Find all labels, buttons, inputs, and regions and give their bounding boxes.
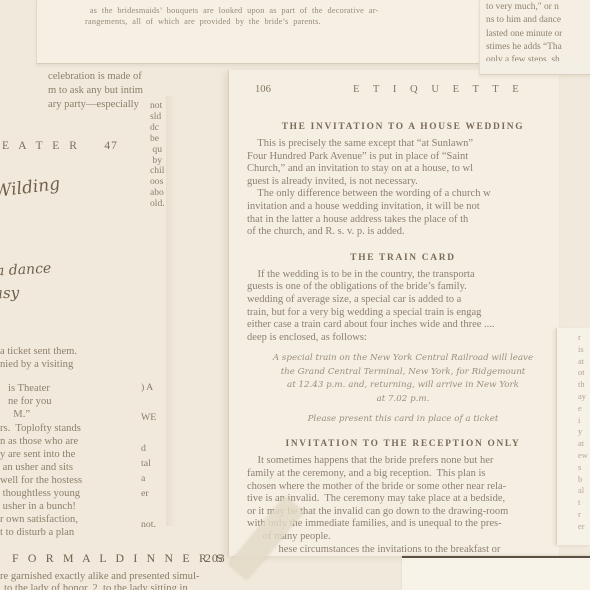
text-line: chosen where the mother of the bride or … [247,481,559,494]
text-line: thoughtless young [0,487,82,500]
text-line: n as those who are [0,435,82,448]
text-line: guest is already invited, is not necessa… [247,176,559,189]
text-line: either case a train card about four inch… [247,319,559,332]
formal-dinners-title: F O R M A L D I N N E R S [12,551,226,565]
top-fragment-text: as the bridesmaids’ bouquets are looked … [85,5,477,27]
text-line: ne for you [8,395,52,408]
text-line: hese circumstances the invitations to th… [247,544,559,557]
theater-paragraph: is Theaterne for you M.” [8,382,52,421]
right-torn-strip: risatotthayeiyatewsbaltrer [556,328,590,545]
etiquette-page: 106 E T I Q U E T T E THE INVITATION TO … [228,70,559,556]
formal-dinners-line1: re garnished exactly alike and presented… [0,571,199,582]
house-wedding-heading: THE INVITATION TO A HOUSE WEDDING [247,122,559,132]
formal-dinners-page-number: 203 [205,551,226,566]
theater-running-head: E A T E R47 [2,140,118,152]
torn-edge-shadow [166,96,176,526]
text-line: If the wedding is to be in the country, … [247,269,559,282]
text-line: Four Hundred Park Avenue” is put in plac… [247,151,559,164]
text-line: celebration is made of [48,70,178,84]
ticket-paragraph: a ticket sent them.nied by a visiting [0,345,77,371]
text-line: to very much," or n [486,1,562,14]
house-wedding-para2: The only difference between the wording … [247,188,559,238]
theater-page: E A T E R47 Wilding a dance asy a ticket… [0,128,168,540]
text-line: the Grand Central Terminal, New York, fo… [247,366,559,379]
reception-heading: INVITATION TO THE RECEPTION ONLY [247,439,559,449]
text-line: stimes he adds “Tha [486,41,562,54]
text-line: th [578,379,588,391]
bottom-right-page [402,556,590,590]
text-line: is Theater [8,382,52,395]
text-line: b [578,474,588,486]
text-line: is [578,344,588,356]
text-line: of the church, and R. s. v. p. is added. [247,226,559,239]
text-line: r [578,509,588,521]
formal-dinners-head: F O R M A L D I N N E R S 203 [12,551,226,566]
text-line: This is precisely the same except that “… [247,138,559,151]
toplofty-paragraph: rs. Toplofty standsn as those who arey a… [0,422,82,539]
handwriting-dance: a dance [0,261,52,280]
text-line: that in the latter a house address takes… [247,214,559,227]
text-line: well for the hostess [0,474,82,487]
text-line: er [578,521,588,533]
text-line: M.” [8,408,52,421]
etiquette-page-number: 106 [255,84,271,95]
text-line: s [578,462,588,474]
text-line: r [578,332,588,344]
theater-head-text: E A T E R [2,140,80,152]
train-card-lines: A special train on the New York Central … [247,352,559,406]
house-wedding-para1: This is precisely the same except that “… [247,138,559,188]
text-line: It sometimes happens that the bride pref… [247,455,559,468]
text-line: t [578,497,588,509]
right-strip-letters: risatotthayeiyatewsbaltrer [578,332,588,533]
text-line: r own satisfaction, [0,513,82,526]
text-line: deep is enclosed, as follows: [247,332,559,345]
text-line: e [578,403,588,415]
text-line: t to disturb a plan [0,526,82,539]
top-right-page-fragment: to very much," or nns to him and dancela… [479,0,590,75]
train-card-invitation: A special train on the New York Central … [247,352,559,426]
text-line: as the bridesmaids’ bouquets are looked … [85,5,477,16]
text-line: at [578,438,588,450]
handwriting-asy: asy [0,284,19,303]
text-line: The only difference between the wording … [247,188,559,201]
text-line: of many people. [247,531,559,544]
text-line: ay [578,391,588,403]
text-line: guests is one of the obligations of the … [247,281,559,294]
text-line: rs. Toplofty stands [0,422,82,435]
text-line: rangements, all of which are provided by… [85,16,477,27]
text-line: a ticket sent them. [0,345,77,358]
text-line: i [578,415,588,427]
train-card-para: If the wedding is to be in the country, … [247,269,559,345]
train-card-heading: THE TRAIN CARD [247,253,559,263]
text-line: al [578,485,588,497]
text-line: nied by a visiting [0,358,77,371]
text-line: usher in a bunch! [0,500,82,513]
text-line: train, but for a very big wedding a spec… [247,307,559,320]
text-line: invitation and a house wedding invitatio… [247,201,559,214]
text-line: y are sent into the [0,448,82,461]
text-line: Church,” and an invitation to stay on at… [247,163,559,176]
train-card-footer: Please present this card in place of a t… [247,413,559,426]
top-right-fragment-text: to very much," or nns to him and dancela… [486,1,562,67]
handwriting-wilding: Wilding [0,174,61,202]
text-line: wedding of average size, a special car i… [247,294,559,307]
etiquette-running-head: 106 E T I Q U E T T E [247,84,559,98]
text-line: ot [578,367,588,379]
text-line: an usher and sits [0,461,82,474]
text-line: A special train on the New York Central … [247,352,559,365]
paper-collage: as the bridesmaids’ bouquets are looked … [0,0,590,590]
text-line: m to ask any but intim [48,84,178,98]
text-line: lasted one minute or [486,28,562,41]
text-line: at 12.43 p.m. and, returning, will arriv… [247,379,559,392]
text-line: at 7.02 p.m. [247,393,559,406]
text-line: family at the ceremony, and a big recept… [247,468,559,481]
text-line: y [578,426,588,438]
formal-dinners-line2: to the lady of honor, 2, to the lady sit… [4,583,188,590]
tape-band [480,61,590,74]
top-page-fragment: as the bridesmaids’ bouquets are looked … [36,0,483,64]
text-line: ew [578,450,588,462]
etiquette-head-text: E T I Q U E T T E [353,84,524,95]
theater-page-number: 47 [104,140,118,152]
text-line: at [578,356,588,368]
text-line: ns to him and dance [486,14,562,27]
